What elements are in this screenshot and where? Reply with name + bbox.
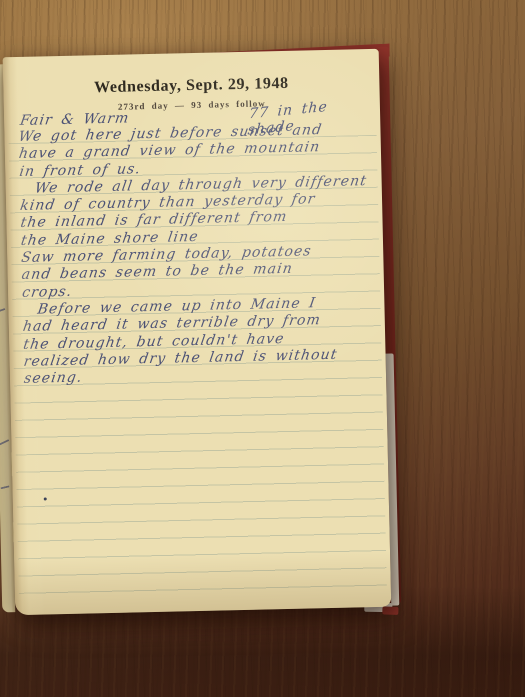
entry-line-text: seeing. xyxy=(23,370,84,389)
ink-smudge xyxy=(0,485,9,489)
diary-book: Wednesday, Sept. 29, 1948 273rd day — 93… xyxy=(0,44,400,621)
entry-line-text: crops. xyxy=(21,283,74,301)
diary-page: Wednesday, Sept. 29, 1948 273rd day — 93… xyxy=(3,49,392,615)
wood-table-background: Wednesday, Sept. 29, 1948 273rd day — 93… xyxy=(0,0,525,697)
ink-smudge xyxy=(0,439,9,446)
ink-dot xyxy=(44,497,47,500)
ink-smudge xyxy=(0,308,6,313)
book-cover-edge-corner xyxy=(382,606,398,614)
diary-entry: We got here just before sunset and have … xyxy=(18,121,370,388)
printed-date-header: Wednesday, Sept. 29, 1948 xyxy=(3,73,379,100)
